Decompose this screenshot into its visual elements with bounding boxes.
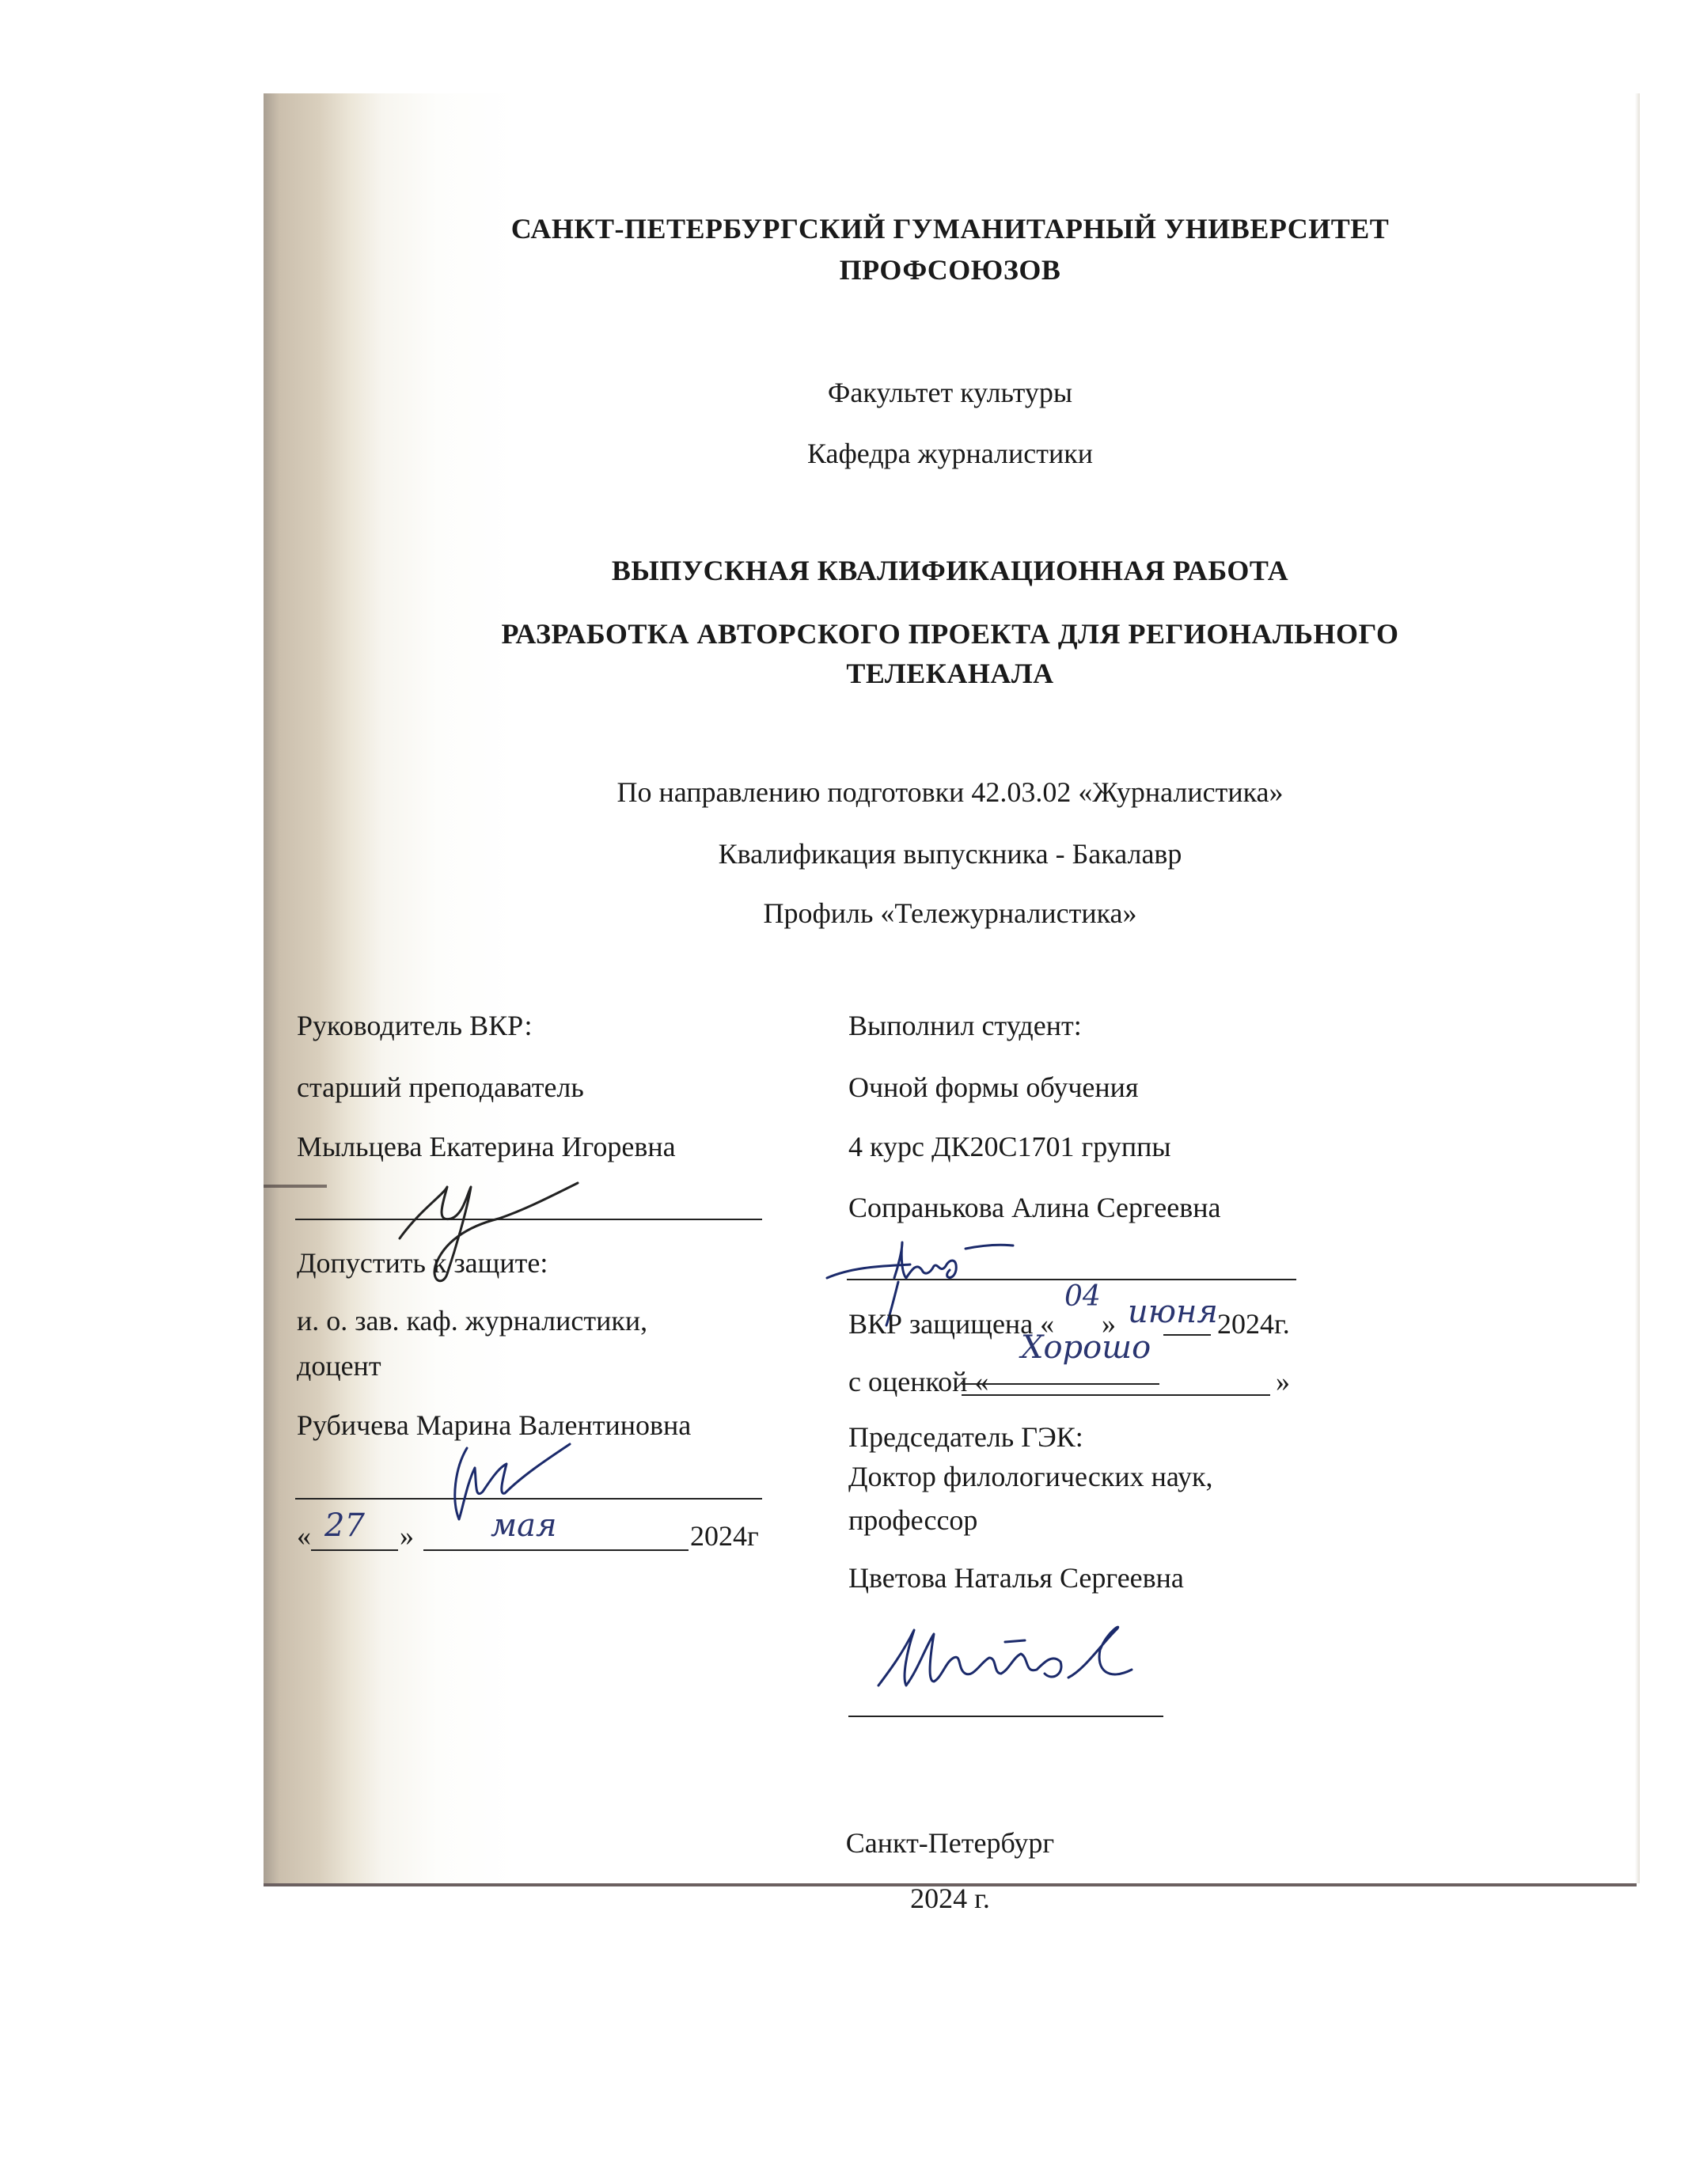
- grade-underline-upper: [962, 1383, 1159, 1385]
- faculty: Факультет культуры: [264, 376, 1637, 409]
- admit-to-defense-label: Допустить к защите:: [297, 1246, 548, 1280]
- student-name: Сопранькова Алина Сергеевна: [848, 1191, 1221, 1224]
- student-label: Выполнил студент:: [848, 1009, 1082, 1042]
- chair-name: Цветова Наталья Сергеевна: [848, 1561, 1184, 1594]
- university-name-line2: ПРОФСОЮЗОВ: [264, 253, 1637, 286]
- date-open-quote: «: [297, 1519, 311, 1553]
- chair-signature: [871, 1614, 1155, 1701]
- defended-month-handwritten: июня: [1128, 1294, 1218, 1330]
- city: Санкт-Петербург: [264, 1826, 1637, 1860]
- supervisor-label: Руководитель ВКР:: [297, 1009, 532, 1042]
- university-name-line1: САНКТ-ПЕТЕРБУРГСКИЙ ГУМАНИТАРНЫЙ УНИВЕРС…: [264, 212, 1637, 245]
- date-year: 2024г: [690, 1519, 759, 1553]
- grade-line: [962, 1394, 1270, 1396]
- qualification: Квалификация выпускника - Бакалавр: [264, 837, 1637, 870]
- chair-label: Председатель ГЭК:: [848, 1420, 1083, 1454]
- supervisor-position: старший преподаватель: [297, 1071, 584, 1104]
- work-type: ВЫПУСКНАЯ КВАЛИФИКАЦИОННАЯ РАБОТА: [264, 554, 1637, 587]
- topic-line1: РАЗРАБОТКА АВТОРСКОГО ПРОЕКТА ДЛЯ РЕГИОН…: [264, 617, 1637, 650]
- grade-handwritten: Хорошо: [1021, 1329, 1151, 1366]
- head-position-line2: доцент: [297, 1349, 381, 1382]
- department: Кафедра журналистики: [264, 437, 1637, 470]
- defended-day-handwritten: 04: [1064, 1280, 1101, 1313]
- date-month-handwritten: мая: [491, 1507, 557, 1544]
- date-day-handwritten: 27: [324, 1507, 365, 1544]
- chair-title: профессор: [848, 1503, 977, 1537]
- head-position-line1: и. о. зав. каф. журналистики,: [297, 1304, 647, 1337]
- program-direction: По направлению подготовки 42.03.02 «Журн…: [264, 775, 1637, 809]
- date-day-line: [311, 1549, 398, 1551]
- supervisor-name: Мыльцева Екатерина Игоревна: [297, 1130, 676, 1163]
- study-form: Очной формы обучения: [848, 1071, 1139, 1104]
- chair-signature-line: [848, 1716, 1163, 1717]
- topic-line2: ТЕЛЕКАНАЛА: [264, 657, 1637, 690]
- date-month-line: [423, 1549, 689, 1551]
- grade-label: с оценкой «: [848, 1365, 988, 1398]
- date-close-quote: »: [400, 1519, 414, 1553]
- year: 2024 г.: [264, 1882, 1637, 1915]
- defended-month-line: [1163, 1334, 1211, 1336]
- defended-year: 2024г.: [1217, 1307, 1290, 1340]
- course-group: 4 курс ДК20С1701 группы: [848, 1130, 1171, 1163]
- profile: Профиль «Тележурналистика»: [264, 897, 1637, 930]
- grade-close-quote: »: [1276, 1365, 1290, 1398]
- page-edge-shadow: [264, 1185, 327, 1188]
- chair-degree: Доктор филологических наук,: [848, 1460, 1213, 1493]
